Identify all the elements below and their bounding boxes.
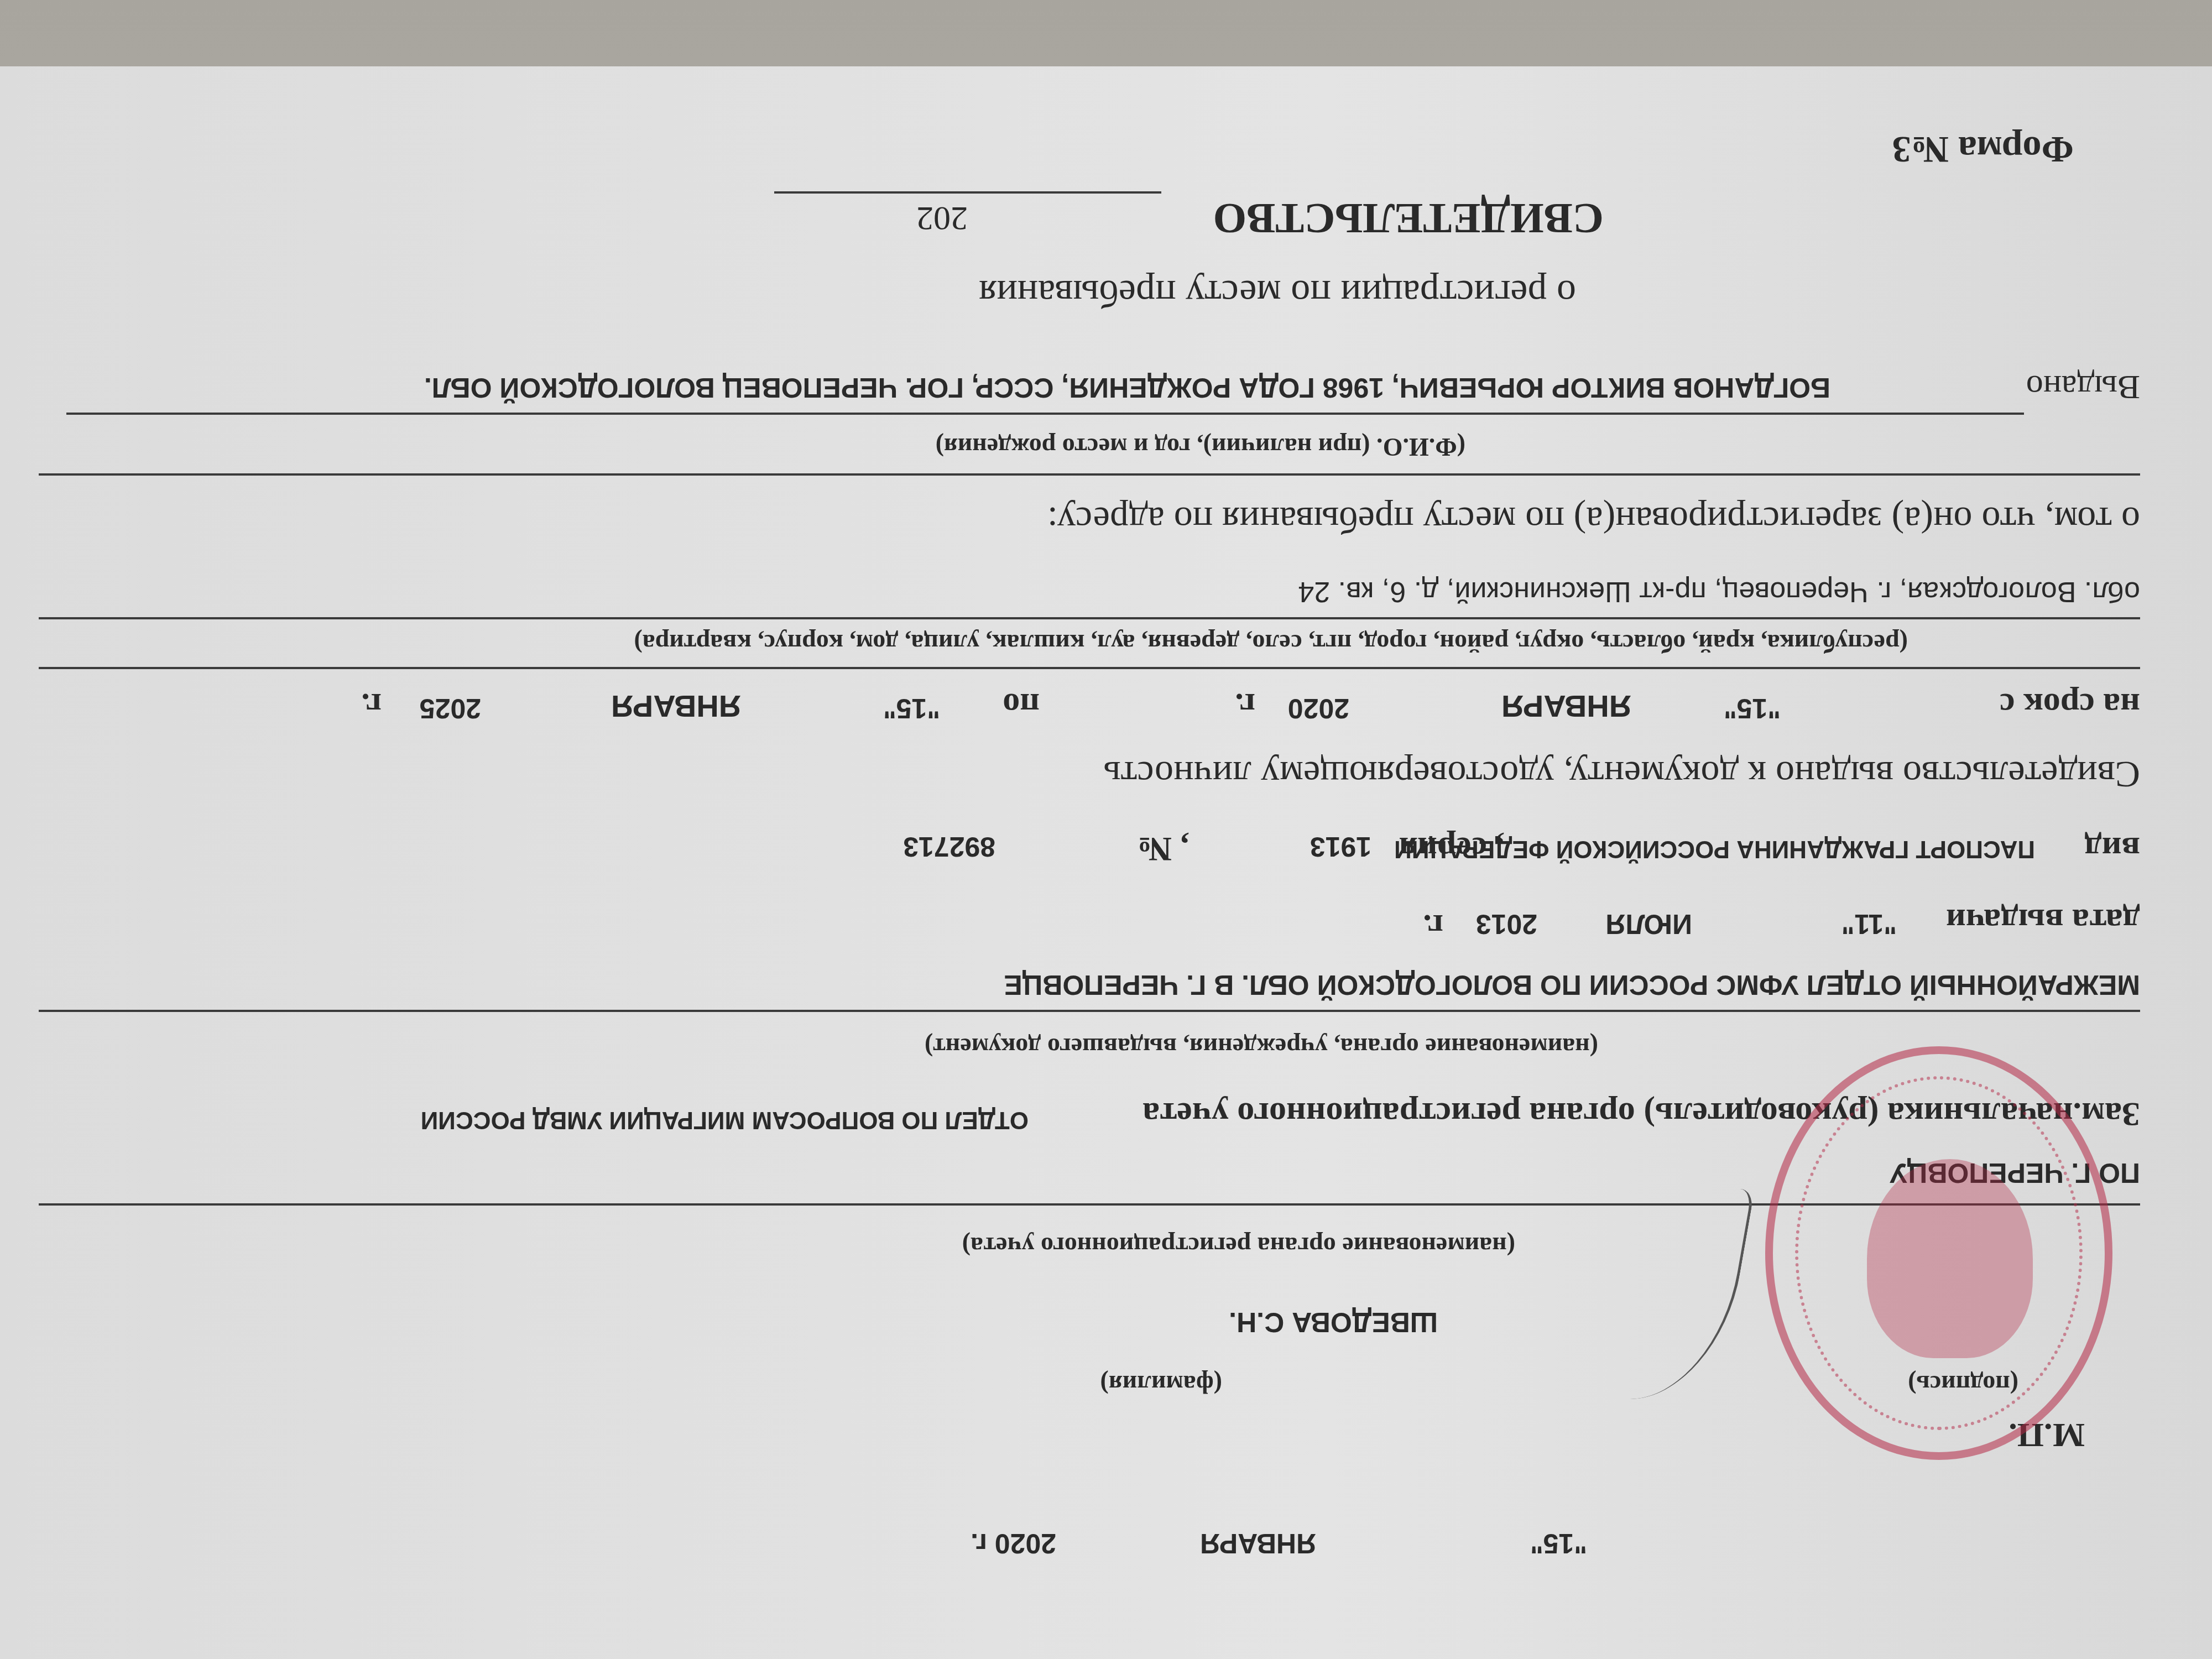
address-line xyxy=(39,617,2140,619)
term-to-month: ЯНВАРЯ xyxy=(611,688,741,724)
surname-caption: (фамилия) xyxy=(1100,1370,1223,1399)
issued-line-2 xyxy=(39,473,2140,476)
issued-value: БОГДАНОВ ВИКТОР ЮРЬЕВИЧ, 1968 ГОДА РОЖДЕ… xyxy=(424,372,1830,404)
head-surname-value: ШВЕДОВА С.Н. xyxy=(1229,1306,1438,1338)
issuer-line xyxy=(39,1010,2140,1012)
id-issuer-value: МЕЖРАЙОННЫЙ ОТДЕЛ УФМС РОССИИ ПО ВОЛОГОД… xyxy=(1004,969,2140,1001)
id-number-label: , № xyxy=(1138,829,1189,868)
eagle-emblem-icon xyxy=(1867,1159,2033,1358)
head-org-caption: (наименование органа регистрационного уч… xyxy=(962,1232,1515,1261)
certificate-number: 202 xyxy=(916,199,968,238)
issued-line xyxy=(66,413,2024,415)
official-stamp xyxy=(1765,1046,2112,1460)
signature xyxy=(1571,1189,1755,1399)
id-date-label: дата выдачи xyxy=(1946,901,2140,940)
page-title: СВИДЕТЕЛЬСТВО xyxy=(1213,194,1604,243)
id-date-month: ИЮЛЯ xyxy=(1605,908,1692,940)
term-from-label: на срок с xyxy=(2000,685,2140,724)
term-from-month: ЯНВАРЯ xyxy=(1501,688,1631,724)
form-number: Форма №3 xyxy=(1892,128,2074,171)
registration-certificate: Форма №3 СВИДЕТЕЛЬСТВО 202 о регистрации… xyxy=(0,66,2212,1659)
address-value: обл. Вологодская, г. Череповец, пр-кт Ше… xyxy=(1298,575,2140,608)
id-issuer-caption: (наименование органа, учреждения, выдавш… xyxy=(925,1032,1598,1062)
address-intro: о том, что он(а) зарегистрирован(а) по м… xyxy=(1047,498,2140,542)
term-to-year: 2025 xyxy=(420,692,481,724)
id-type-label: вид xyxy=(2084,829,2140,868)
term-to-year-suffix: г. xyxy=(361,685,382,724)
id-date-year-suffix: г. xyxy=(1423,906,1443,946)
term-to-day: "15" xyxy=(883,692,940,724)
id-date-year: 2013 xyxy=(1476,908,1537,940)
issued-caption: (Ф.И.О. (при наличии), год и место рожде… xyxy=(936,432,1465,462)
issue-day: "15" xyxy=(1530,1527,1587,1559)
issued-label: Выдано xyxy=(2026,367,2140,406)
term-from-year: 2020 xyxy=(1288,692,1349,724)
head-org-value-1: ОТДЕЛ ПО ВОПРОСАМ МИГРАЦИИ УМВД РОССИИ xyxy=(421,1106,1029,1134)
id-number-value: 892713 xyxy=(903,831,995,863)
id-doc-intro: Свидетельство выдано к документу, удосто… xyxy=(1104,753,2140,796)
issue-month: ЯНВАРЯ xyxy=(1200,1527,1316,1559)
id-series-value: 1913 xyxy=(1310,831,1371,863)
term-from-day: "15" xyxy=(1724,692,1781,724)
id-series-label: , серия xyxy=(1399,829,1504,868)
term-to-label: по xyxy=(1003,685,1040,724)
address-caption: (республика, край, область, округ, район… xyxy=(634,629,1908,658)
number-line xyxy=(774,191,1161,194)
id-date-day: "11" xyxy=(1841,908,1897,940)
term-from-year-suffix: г. xyxy=(1235,685,1255,724)
issue-year: 2020 г. xyxy=(971,1527,1056,1559)
address-line-2 xyxy=(39,667,2140,669)
subtitle: о регистрации по месту пребывания xyxy=(979,271,1576,315)
